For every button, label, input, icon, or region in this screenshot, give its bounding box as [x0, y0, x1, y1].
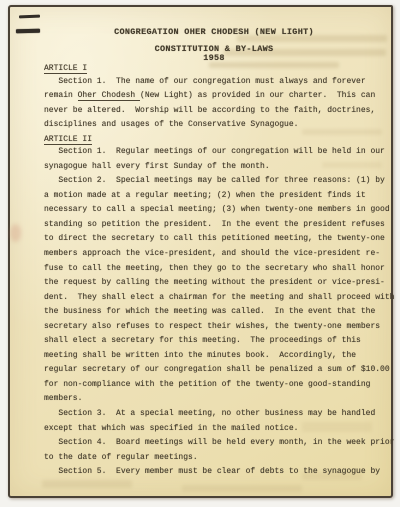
- text-segment: necessary to call a special meeting; (3)…: [44, 205, 390, 214]
- document-line: Section 3. At a special meeting, no othe…: [44, 409, 396, 424]
- document-line: Section 2. Special meetings may be calle…: [44, 176, 396, 191]
- document-line: dent. They shall elect a chairman for th…: [44, 293, 396, 308]
- text-segment: synagogue hall every first Sunday of the…: [44, 162, 270, 171]
- document-line: fuse to call the meeting, then they go t…: [44, 264, 396, 279]
- document-title: CONGREGATION OHER CHODESH (NEW LIGHT) CO…: [40, 28, 388, 64]
- document-line: meeting shall be written into the minute…: [44, 351, 396, 366]
- text-segment: remain: [44, 91, 78, 100]
- document-line: secretary also refuses to respect their …: [44, 322, 396, 337]
- document-line: members approach the vice-president, and…: [44, 249, 396, 264]
- article-heading: ARTICLE I: [44, 64, 396, 77]
- article-heading: ARTICLE II: [44, 135, 396, 148]
- document-page: CONGREGATION OHER CHODESH (NEW LIGHT) CO…: [8, 5, 393, 498]
- document-line: standing so petition the president. In t…: [44, 220, 396, 235]
- document-line: a motion made at a regular meeting; (2) …: [44, 191, 396, 206]
- text-segment: the request by calling the meeting witho…: [44, 278, 385, 287]
- document-line: synagogue hall every first Sunday of the…: [44, 162, 396, 177]
- document-line: regular secretary of our congregation sh…: [44, 365, 396, 380]
- text-segment: to direct the secretary to call this pet…: [44, 234, 385, 243]
- text-segment: Section 1. Regular meetings of our congr…: [44, 147, 385, 156]
- text-segment: Section 5. Every member must be clear of…: [44, 467, 380, 476]
- document-line: necessary to call a special meeting; (3)…: [44, 205, 396, 220]
- pen-mark: [16, 29, 40, 33]
- text-segment: meeting shall be written into the minute…: [44, 351, 356, 360]
- document-line: shall elect a secretary for this meeting…: [44, 336, 396, 351]
- document-line: Section 1. The name of our congregation …: [44, 77, 396, 92]
- text-segment: fuse to call the meeting, then they go t…: [44, 264, 385, 273]
- document-line: for non-compliance with the petition of …: [44, 380, 396, 395]
- text-segment: except that which was specified in the m…: [44, 424, 298, 433]
- document-line: Section 4. Board meetings will be held e…: [44, 438, 396, 453]
- text-segment: dent. They shall elect a chairman for th…: [44, 293, 394, 302]
- document-line: disciplines and usages of the Conservati…: [44, 120, 396, 135]
- underlined-text: ARTICLE II: [44, 135, 92, 145]
- text-segment: Section 1. The name of our congregation …: [44, 77, 366, 86]
- document-line: to direct the secretary to call this pet…: [44, 234, 396, 249]
- text-segment: disciplines and usages of the Conservati…: [44, 120, 298, 129]
- underlined-text: ARTICLE I: [44, 64, 87, 74]
- text-segment: Section 4. Board meetings will be held e…: [44, 438, 394, 447]
- text-segment: shall elect a secretary for this meeting…: [44, 336, 361, 345]
- document-line: except that which was specified in the m…: [44, 424, 396, 439]
- title-line-1: CONGREGATION OHER CHODESH (NEW LIGHT): [40, 28, 388, 38]
- text-segment: for non-compliance with the petition of …: [44, 380, 370, 389]
- document-line: members.: [44, 394, 396, 409]
- text-segment: the business for which the meeting was c…: [44, 307, 375, 316]
- text-segment: standing so petition the president. In t…: [44, 220, 385, 229]
- text-segment: Section 3. At a special meeting, no othe…: [44, 409, 375, 418]
- text-segment: a motion made at a regular meeting; (2) …: [44, 191, 366, 200]
- pen-mark: [19, 15, 40, 18]
- underlined-text: Oher Chodesh: [78, 91, 140, 101]
- text-segment: never be altered. Worship will be accord…: [44, 106, 375, 115]
- text-segment: regular secretary of our congregation sh…: [44, 365, 390, 374]
- text-segment: (New Light) as provided in our charter. …: [140, 91, 375, 100]
- document-line: Section 5. Every member must be clear of…: [44, 467, 396, 482]
- document-line: Section 1. Regular meetings of our congr…: [44, 147, 396, 162]
- text-segment: to the date of regular meetings.: [44, 453, 198, 462]
- text-segment: members approach the vice-president, and…: [44, 249, 380, 258]
- text-segment: Section 2. Special meetings may be calle…: [44, 176, 385, 185]
- document-line: never be altered. Worship will be accord…: [44, 106, 396, 121]
- stain-mark: [10, 224, 21, 242]
- document-line: to the date of regular meetings.: [44, 453, 396, 468]
- document-line: the request by calling the meeting witho…: [44, 278, 396, 293]
- document-line: the business for which the meeting was c…: [44, 307, 396, 322]
- text-segment: members.: [44, 394, 82, 403]
- title-year: 1958: [40, 54, 388, 64]
- scan-background: CONGREGATION OHER CHODESH (NEW LIGHT) CO…: [0, 0, 400, 507]
- document-body: ARTICLE I Section 1. The name of our con…: [44, 64, 396, 492]
- document-line: remain Oher Chodesh (New Light) as provi…: [44, 91, 396, 106]
- text-segment: secretary also refuses to respect their …: [44, 322, 380, 331]
